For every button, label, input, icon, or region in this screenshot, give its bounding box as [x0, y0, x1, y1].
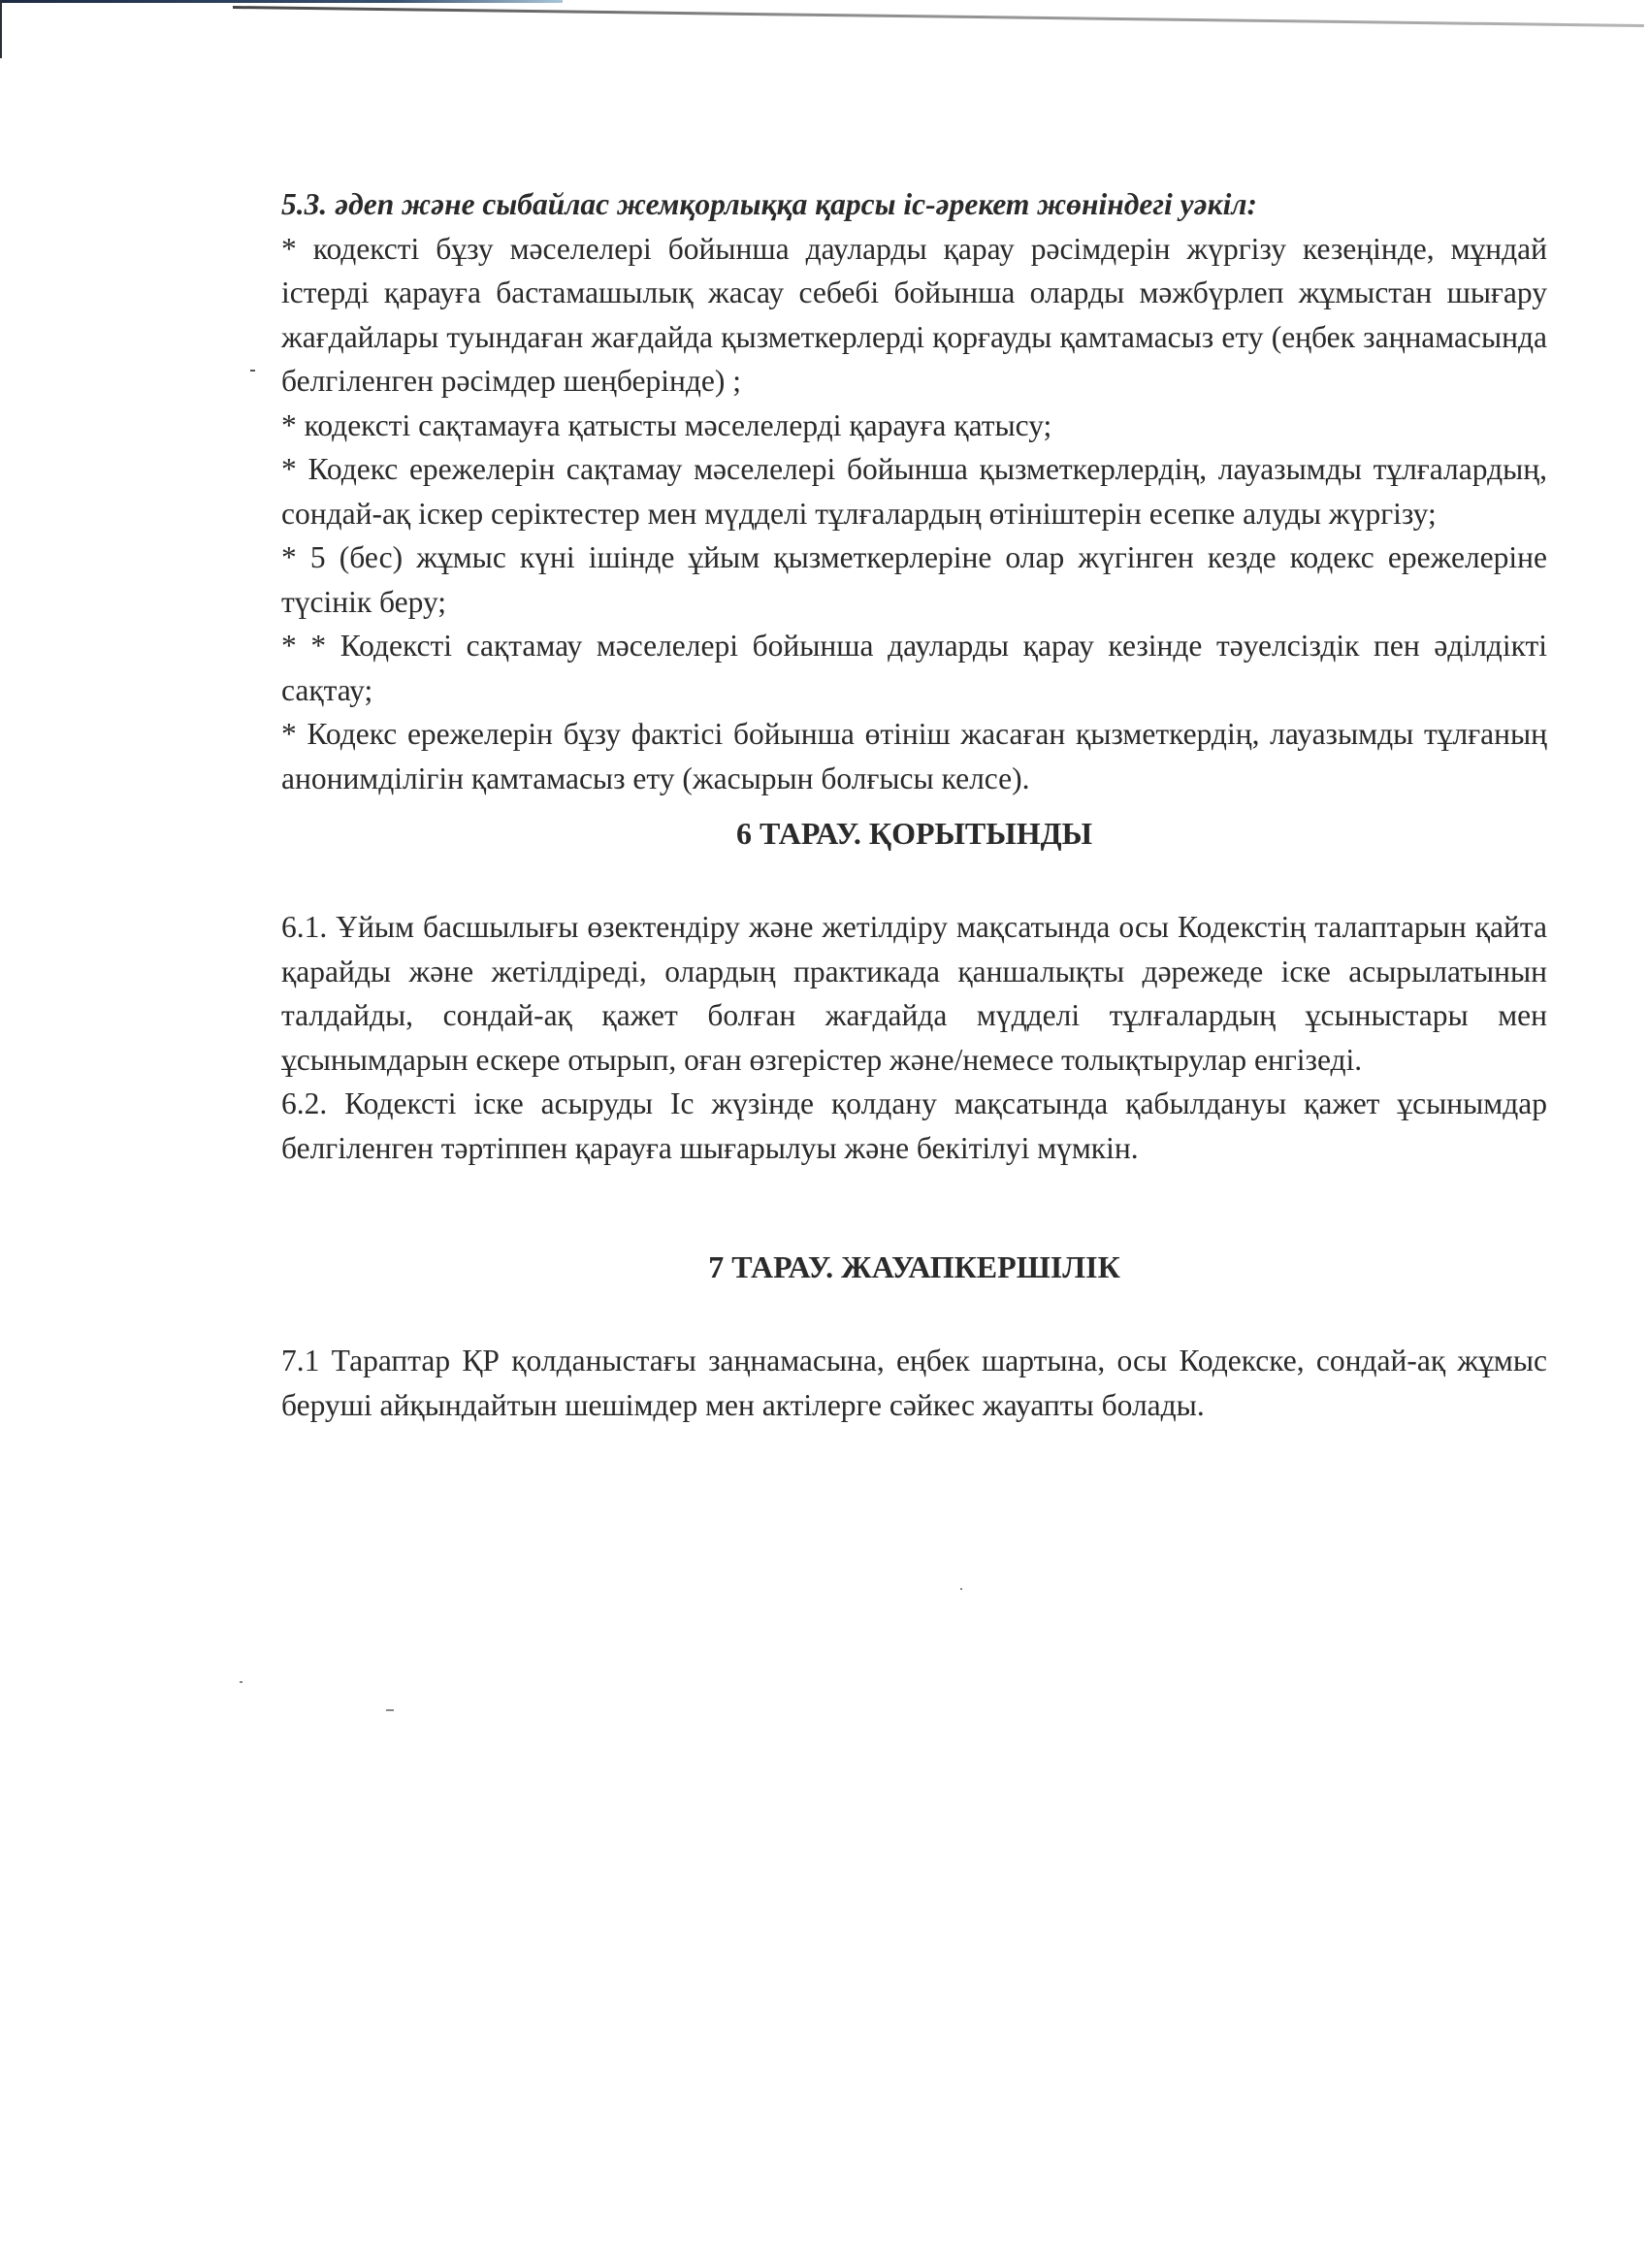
paragraph-7-1: 7.1 Тараптар ҚР қолданыстағы заңнамасына…: [281, 1339, 1547, 1427]
list-item: * * Кодексті сақтамау мәселелері бойынша…: [281, 624, 1547, 712]
list-item: * кодексті сақтамауға қатысты мәселелерд…: [281, 404, 1547, 448]
paragraph-6-2: 6.2. Кодексті іске асыруды Іс жүзінде қо…: [281, 1082, 1547, 1170]
scan-speck: [386, 1709, 394, 1711]
scan-speck: [960, 1588, 962, 1590]
list-item: * 5 (бес) жұмыс күні ішінде ұйым қызметк…: [281, 535, 1547, 624]
chapter-7-title: 7 ТАРАУ. ЖАУАПКЕРШІЛІК: [281, 1246, 1547, 1288]
section-5-3-heading: 5.3. әдеп және сыбайлас жемқорлыққа қарс…: [281, 182, 1547, 227]
scan-edge-top: [0, 0, 563, 3]
page-top-edge-line: [233, 6, 1644, 27]
paragraph-6-1: 6.1. Ұйым басшылығы өзектендіру және жет…: [281, 905, 1547, 1082]
chapter-6-title: 6 ТАРАУ. ҚОРЫТЫНДЫ: [281, 812, 1547, 855]
section-5-3: 5.3. әдеп және сыбайлас жемқорлыққа қарс…: [281, 182, 1547, 800]
chapter-7: 7 ТАРАУ. ЖАУАПКЕРШІЛІК 7.1 Тараптар ҚР қ…: [281, 1246, 1547, 1427]
scan-speck: [240, 1681, 242, 1683]
margin-scan-mark: [250, 370, 255, 372]
chapter-6: 6 ТАРАУ. ҚОРЫТЫНДЫ 6.1. Ұйым басшылығы ө…: [281, 812, 1547, 1170]
list-item: * Кодекс ережелерін сақтамау мәселелері …: [281, 447, 1547, 535]
list-item: * Кодекс ережелерін бұзу фактісі бойынша…: [281, 712, 1547, 800]
list-item: * кодексті бұзу мәселелері бойынша даула…: [281, 227, 1547, 404]
document-page: 5.3. әдеп және сыбайлас жемқорлыққа қарс…: [281, 182, 1547, 1427]
scan-edge-left: [0, 0, 2, 58]
